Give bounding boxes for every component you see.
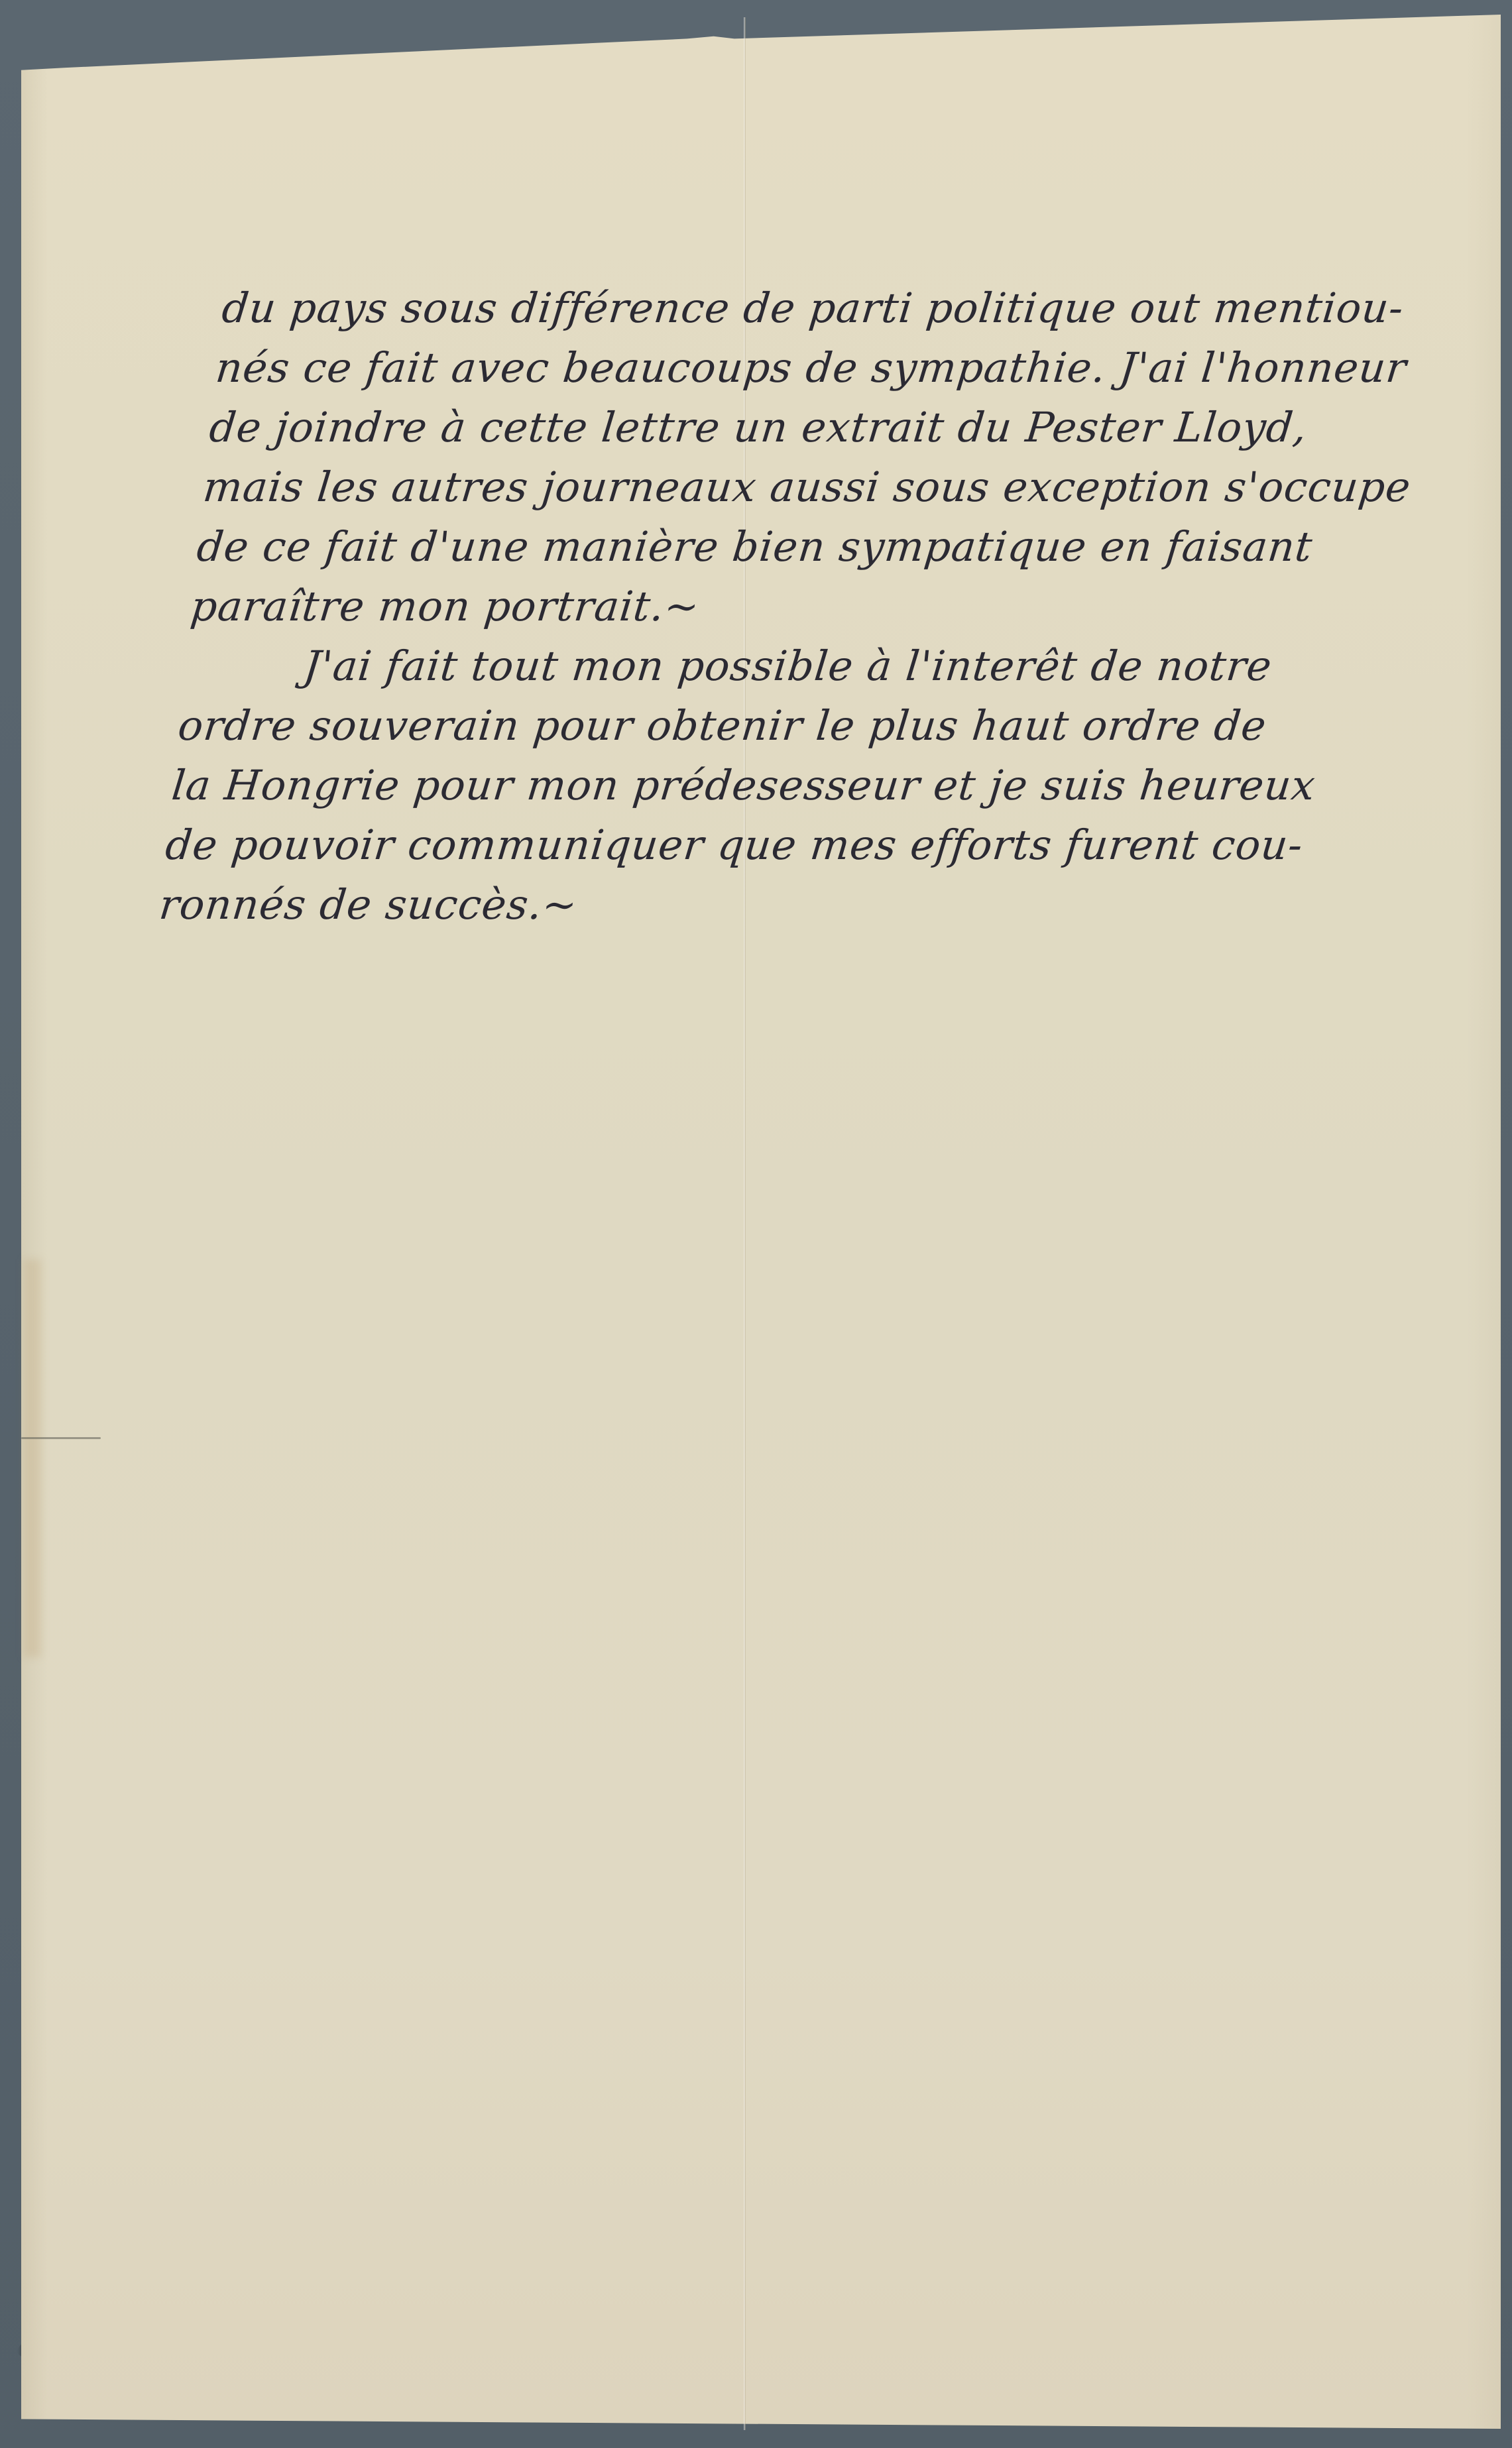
text-line: de ce fait d'une manière bien sympatique… xyxy=(194,517,1473,577)
edge-stain xyxy=(24,1259,41,1657)
text-line: mais les autres journeaux aussi sous exc… xyxy=(200,457,1479,517)
text-line: paraître mon portrait.~ xyxy=(188,577,1466,636)
paragraph-2: J'ai fait tout mon possible à l'interêt … xyxy=(156,636,1460,935)
text-line: ordre souverain pour obtenir le plus hau… xyxy=(175,696,1454,756)
text-line: de pouvoir communiquer que mes efforts f… xyxy=(162,815,1441,875)
text-line: de joindre à cette lettre un extrait du … xyxy=(207,398,1485,457)
handwritten-text: du pays sous différence de parti politiq… xyxy=(156,278,1498,935)
text-line: J'ai fait tout mon possible à l'interêt … xyxy=(182,636,1460,696)
paragraph-1: du pays sous différence de parti politiq… xyxy=(188,278,1498,636)
edge-tear xyxy=(21,1437,101,1439)
text-line: du pays sous différence de parti politiq… xyxy=(219,278,1498,338)
text-line: nés ce fait avec beaucoups de sympathie.… xyxy=(213,338,1491,398)
text-line: la Hongrie pour mon prédesesseur et je s… xyxy=(169,756,1448,815)
text-line: ronnés de succès.~ xyxy=(156,875,1435,935)
